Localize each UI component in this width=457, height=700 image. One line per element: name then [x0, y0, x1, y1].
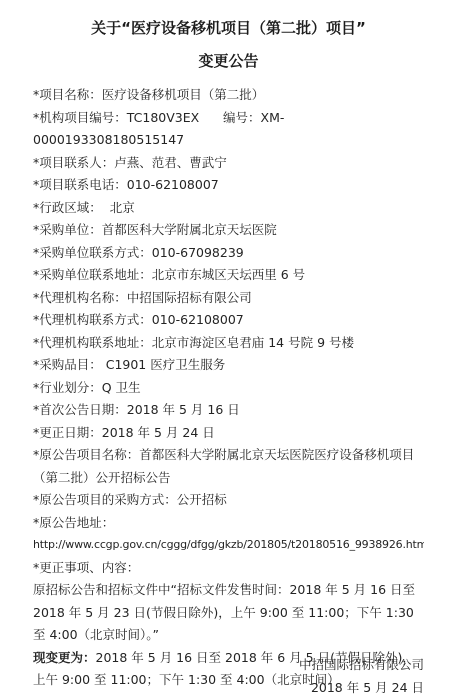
field-first-announcement-date: *首次公告日期：2018 年 5 月 16 日 — [33, 399, 424, 422]
field-agency-name: *代理机构名称：中招国际招标有限公司 — [33, 287, 424, 310]
correction-original-paragraph: 原招标公告和招标文件中“招标文件发售时间：2018 年 5 月 16 日至 20… — [33, 579, 424, 647]
field-admin-region: *行政区域： 北京 — [33, 197, 424, 220]
field-project-name: *项目名称：医疗设备移机项目（第二批） — [33, 84, 424, 107]
field-purchaser: *采购单位：首都医科大学附属北京天坛医院 — [33, 219, 424, 242]
field-industry-classification: *行业划分：Q 卫生 — [33, 377, 424, 400]
document-title-line2: 变更公告 — [33, 45, 424, 78]
field-correction-date: *更正日期：2018 年 5 月 24 日 — [33, 422, 424, 445]
document-title: 关于“医疗设备移机项目（第二批）项目” 变更公告 — [33, 12, 424, 78]
field-agency-address: *代理机构联系地址：北京市海淀区皂君庙 14 号院 9 号楼 — [33, 332, 424, 355]
signature-date: 2018 年 5 月 24 日 — [299, 676, 424, 699]
field-purchaser-contact: *采购单位联系方式：010-67098239 — [33, 242, 424, 265]
field-original-announcement-title: *原公告项目名称：首都医科大学附属北京天坛医院医疗设备移机项目（第二批）公开招标… — [33, 444, 424, 489]
field-project-contacts: *项目联系人：卢燕、范君、曹武宁 — [33, 152, 424, 175]
signature-block: 中招国际招标有限公司 2018 年 5 月 24 日 — [299, 653, 424, 699]
field-purchaser-address: *采购单位联系地址：北京市东城区天坛西里 6 号 — [33, 264, 424, 287]
field-procurement-category: *采购品目： C1901 医疗卫生服务 — [33, 354, 424, 377]
signature-company: 中招国际招标有限公司 — [299, 653, 424, 676]
correction-items-label: *更正事项、内容： — [33, 557, 424, 580]
original-announcement-url: http://www.ccgp.gov.cn/cggg/dfgg/gkzb/20… — [33, 534, 424, 557]
field-org-project-number: *机构项目编号：TC180V3EX 编号：XM-0000193308180515… — [33, 107, 424, 152]
document-title-line1: 关于“医疗设备移机项目（第二批）项目” — [33, 12, 424, 45]
announcement-document: 关于“医疗设备移机项目（第二批）项目” 变更公告 *项目名称：医疗设备移机项目（… — [0, 0, 457, 700]
field-original-announcement-address-label: *原公告地址： — [33, 512, 424, 535]
field-agency-contact: *代理机构联系方式：010-62108007 — [33, 309, 424, 332]
field-original-procurement-method: *原公告项目的采购方式：公开招标 — [33, 489, 424, 512]
field-project-phone: *项目联系电话：010-62108007 — [33, 174, 424, 197]
correction-changed-label: 现变更为： — [33, 650, 96, 665]
